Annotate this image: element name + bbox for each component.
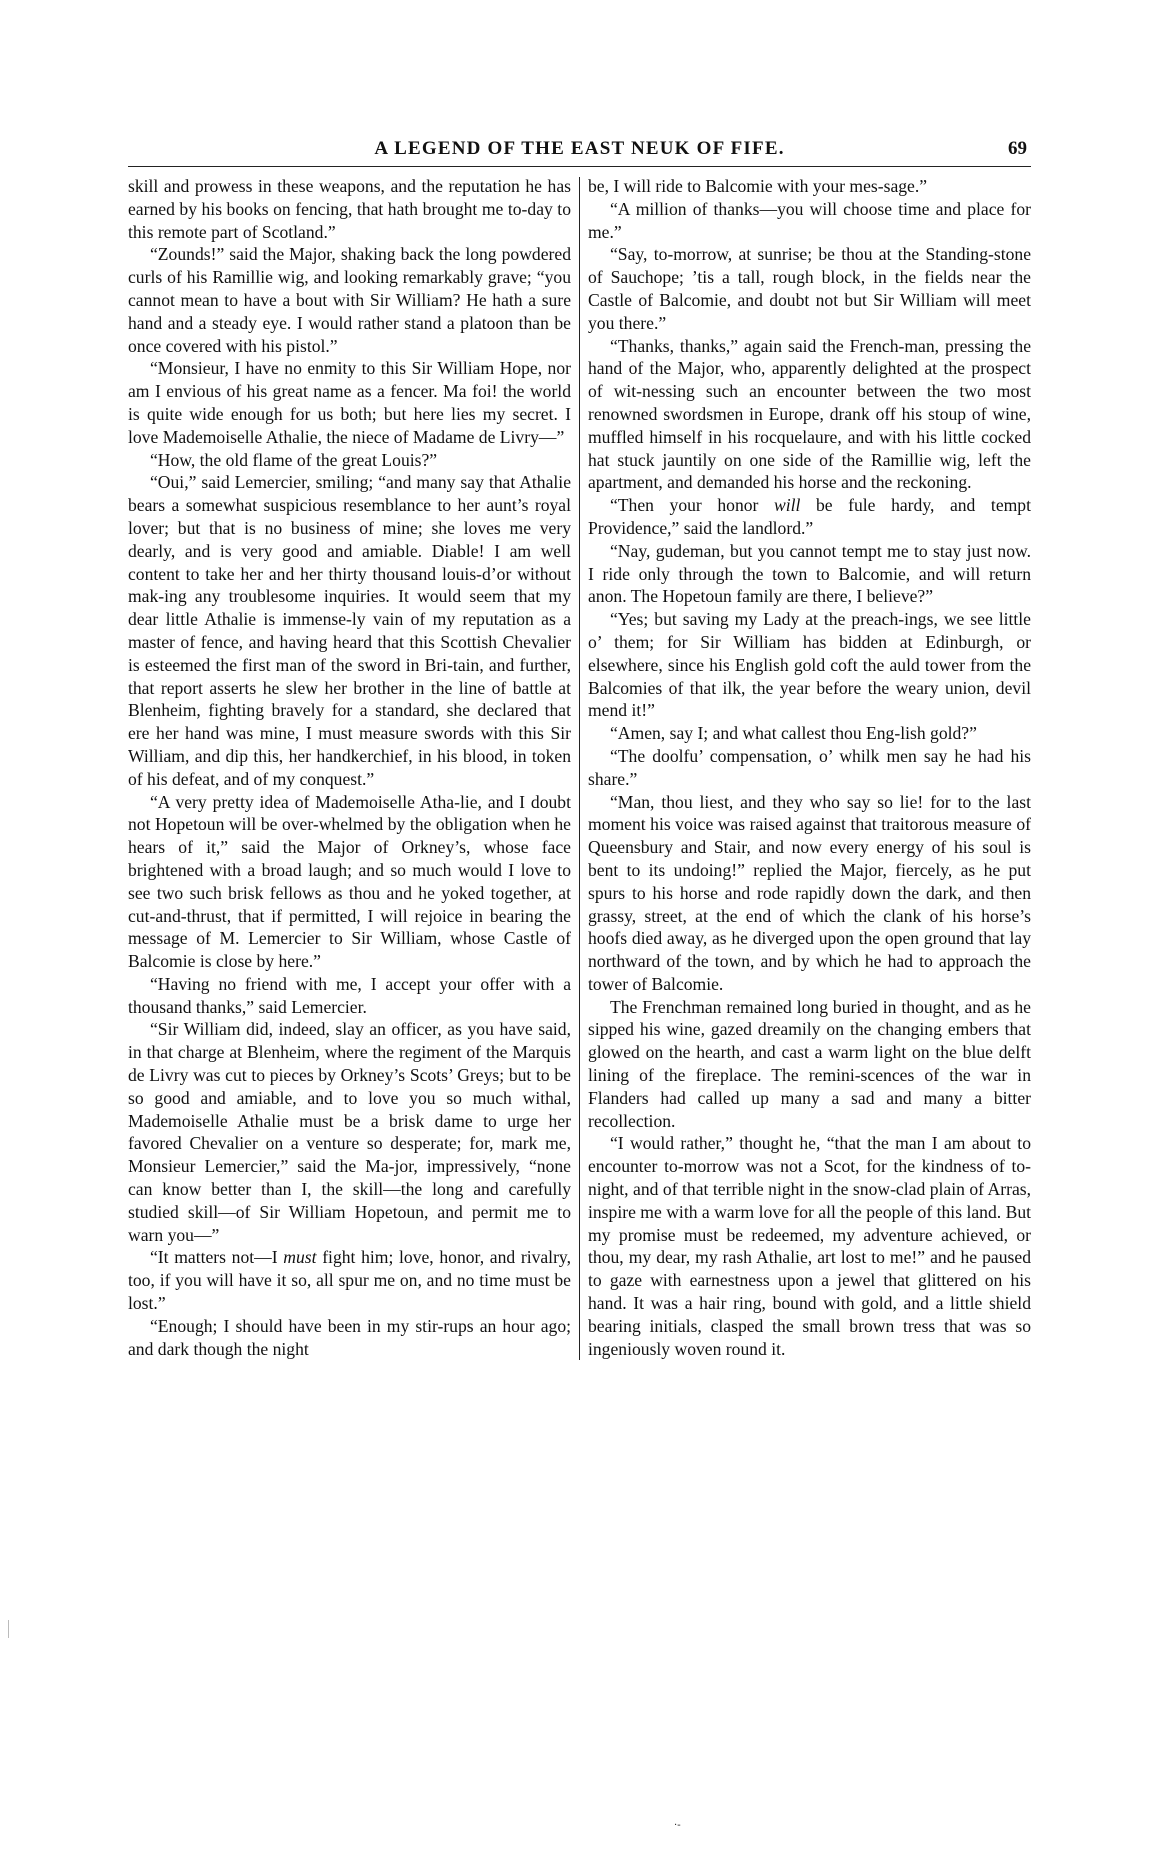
paragraph-text: “How, the old flame of the great Louis?” [150,450,437,470]
text-columns: skill and prowess in these weapons, and … [128,175,1031,1360]
emphasized-text: will [774,495,800,515]
paragraph-text: be, I will ride to Balcomie with your me… [588,176,927,196]
paragraph-text: skill and prowess in these weapons, and … [128,176,571,242]
paragraph: “How, the old flame of the great Louis?” [128,449,571,472]
paragraph: “Thanks, thanks,” again said the French-… [588,335,1031,495]
paragraph: “Having no friend with me, I accept your… [128,973,571,1019]
document-page: A LEGEND OF THE EAST NEUK OF FIFE. 69 sk… [128,138,1031,1360]
paragraph-text: “Thanks, thanks,” again said the French-… [588,336,1031,493]
paragraph: “Nay, gudeman, but you cannot tempt me t… [588,540,1031,608]
paragraph: “A million of thanks—you will choose tim… [588,198,1031,244]
paragraph: “I would rather,” thought he, “that the … [588,1132,1031,1360]
paragraph: “Sir William did, indeed, slay an office… [128,1018,571,1246]
paragraph-text: “The doolfu’ compensation, o’ whilk men … [588,746,1031,789]
paragraph: “Then your honor will be fule hardy, and… [588,494,1031,540]
paragraph-text: “A million of thanks—you will choose tim… [588,199,1031,242]
right-column: be, I will ride to Balcomie with your me… [580,175,1031,1360]
left-column: skill and prowess in these weapons, and … [128,175,579,1360]
paragraph-text: “I would rather,” thought he, “that the … [588,1133,1031,1358]
paragraph: “It matters not—I must fight him; love, … [128,1246,571,1314]
continued-paragraph: be, I will ride to Balcomie with your me… [588,175,1031,198]
paragraph-text: “Say, to-morrow, at sunrise; be thou at … [588,244,1031,332]
paragraph: “Say, to-morrow, at sunrise; be thou at … [588,243,1031,334]
running-header: A LEGEND OF THE EAST NEUK OF FIFE. 69 [128,138,1031,167]
footer-printer-mark: ·- [674,1820,681,1831]
paragraph: “The doolfu’ compensation, o’ whilk men … [588,745,1031,791]
paragraph-text: “Zounds!” said the Major, shaking back t… [128,244,571,355]
paragraph-text: The Frenchman remained long buried in th… [588,997,1031,1131]
paragraph: “A very pretty idea of Mademoiselle Atha… [128,791,571,973]
page-number: 69 [1008,138,1027,160]
paragraph: “Monsieur, I have no enmity to this Sir … [128,357,571,448]
paragraph-text: “Nay, gudeman, but you cannot tempt me t… [588,541,1031,607]
paragraph: “Zounds!” said the Major, shaking back t… [128,243,571,357]
running-title: A LEGEND OF THE EAST NEUK OF FIFE. [128,138,1031,160]
paragraph-text: “A very pretty idea of Mademoiselle Atha… [128,792,571,972]
paragraph-text: “Yes; but saving my Lady at the preach-i… [588,609,1031,720]
paragraph-text: “Sir William did, indeed, slay an office… [128,1019,571,1244]
paragraph-text: “Monsieur, I have no enmity to this Sir … [128,358,571,446]
paragraph: “Enough; I should have been in my stir-r… [128,1315,571,1361]
continued-paragraph: skill and prowess in these weapons, and … [128,175,571,243]
paragraph-text: “Amen, say I; and what callest thou Eng-… [610,723,977,743]
paragraph: “Yes; but saving my Lady at the preach-i… [588,608,1031,722]
paragraph-text: “Man, thou liest, and they who say so li… [588,792,1031,994]
paragraph: “Man, thou liest, and they who say so li… [588,791,1031,996]
paragraph-text: “Having no friend with me, I accept your… [128,974,571,1017]
paragraph-text: “It matters not—I [150,1247,283,1267]
paragraph-text: “Then your honor [610,495,774,515]
scan-margin-mark [8,1620,9,1638]
emphasized-text: must [283,1247,316,1267]
paragraph-text: “Enough; I should have been in my stir-r… [128,1316,571,1359]
paragraph: “Amen, say I; and what callest thou Eng-… [588,722,1031,745]
paragraph-text: “Oui,” said Lemercier, smiling; “and man… [128,472,571,788]
paragraph: The Frenchman remained long buried in th… [588,996,1031,1133]
paragraph: “Oui,” said Lemercier, smiling; “and man… [128,471,571,790]
